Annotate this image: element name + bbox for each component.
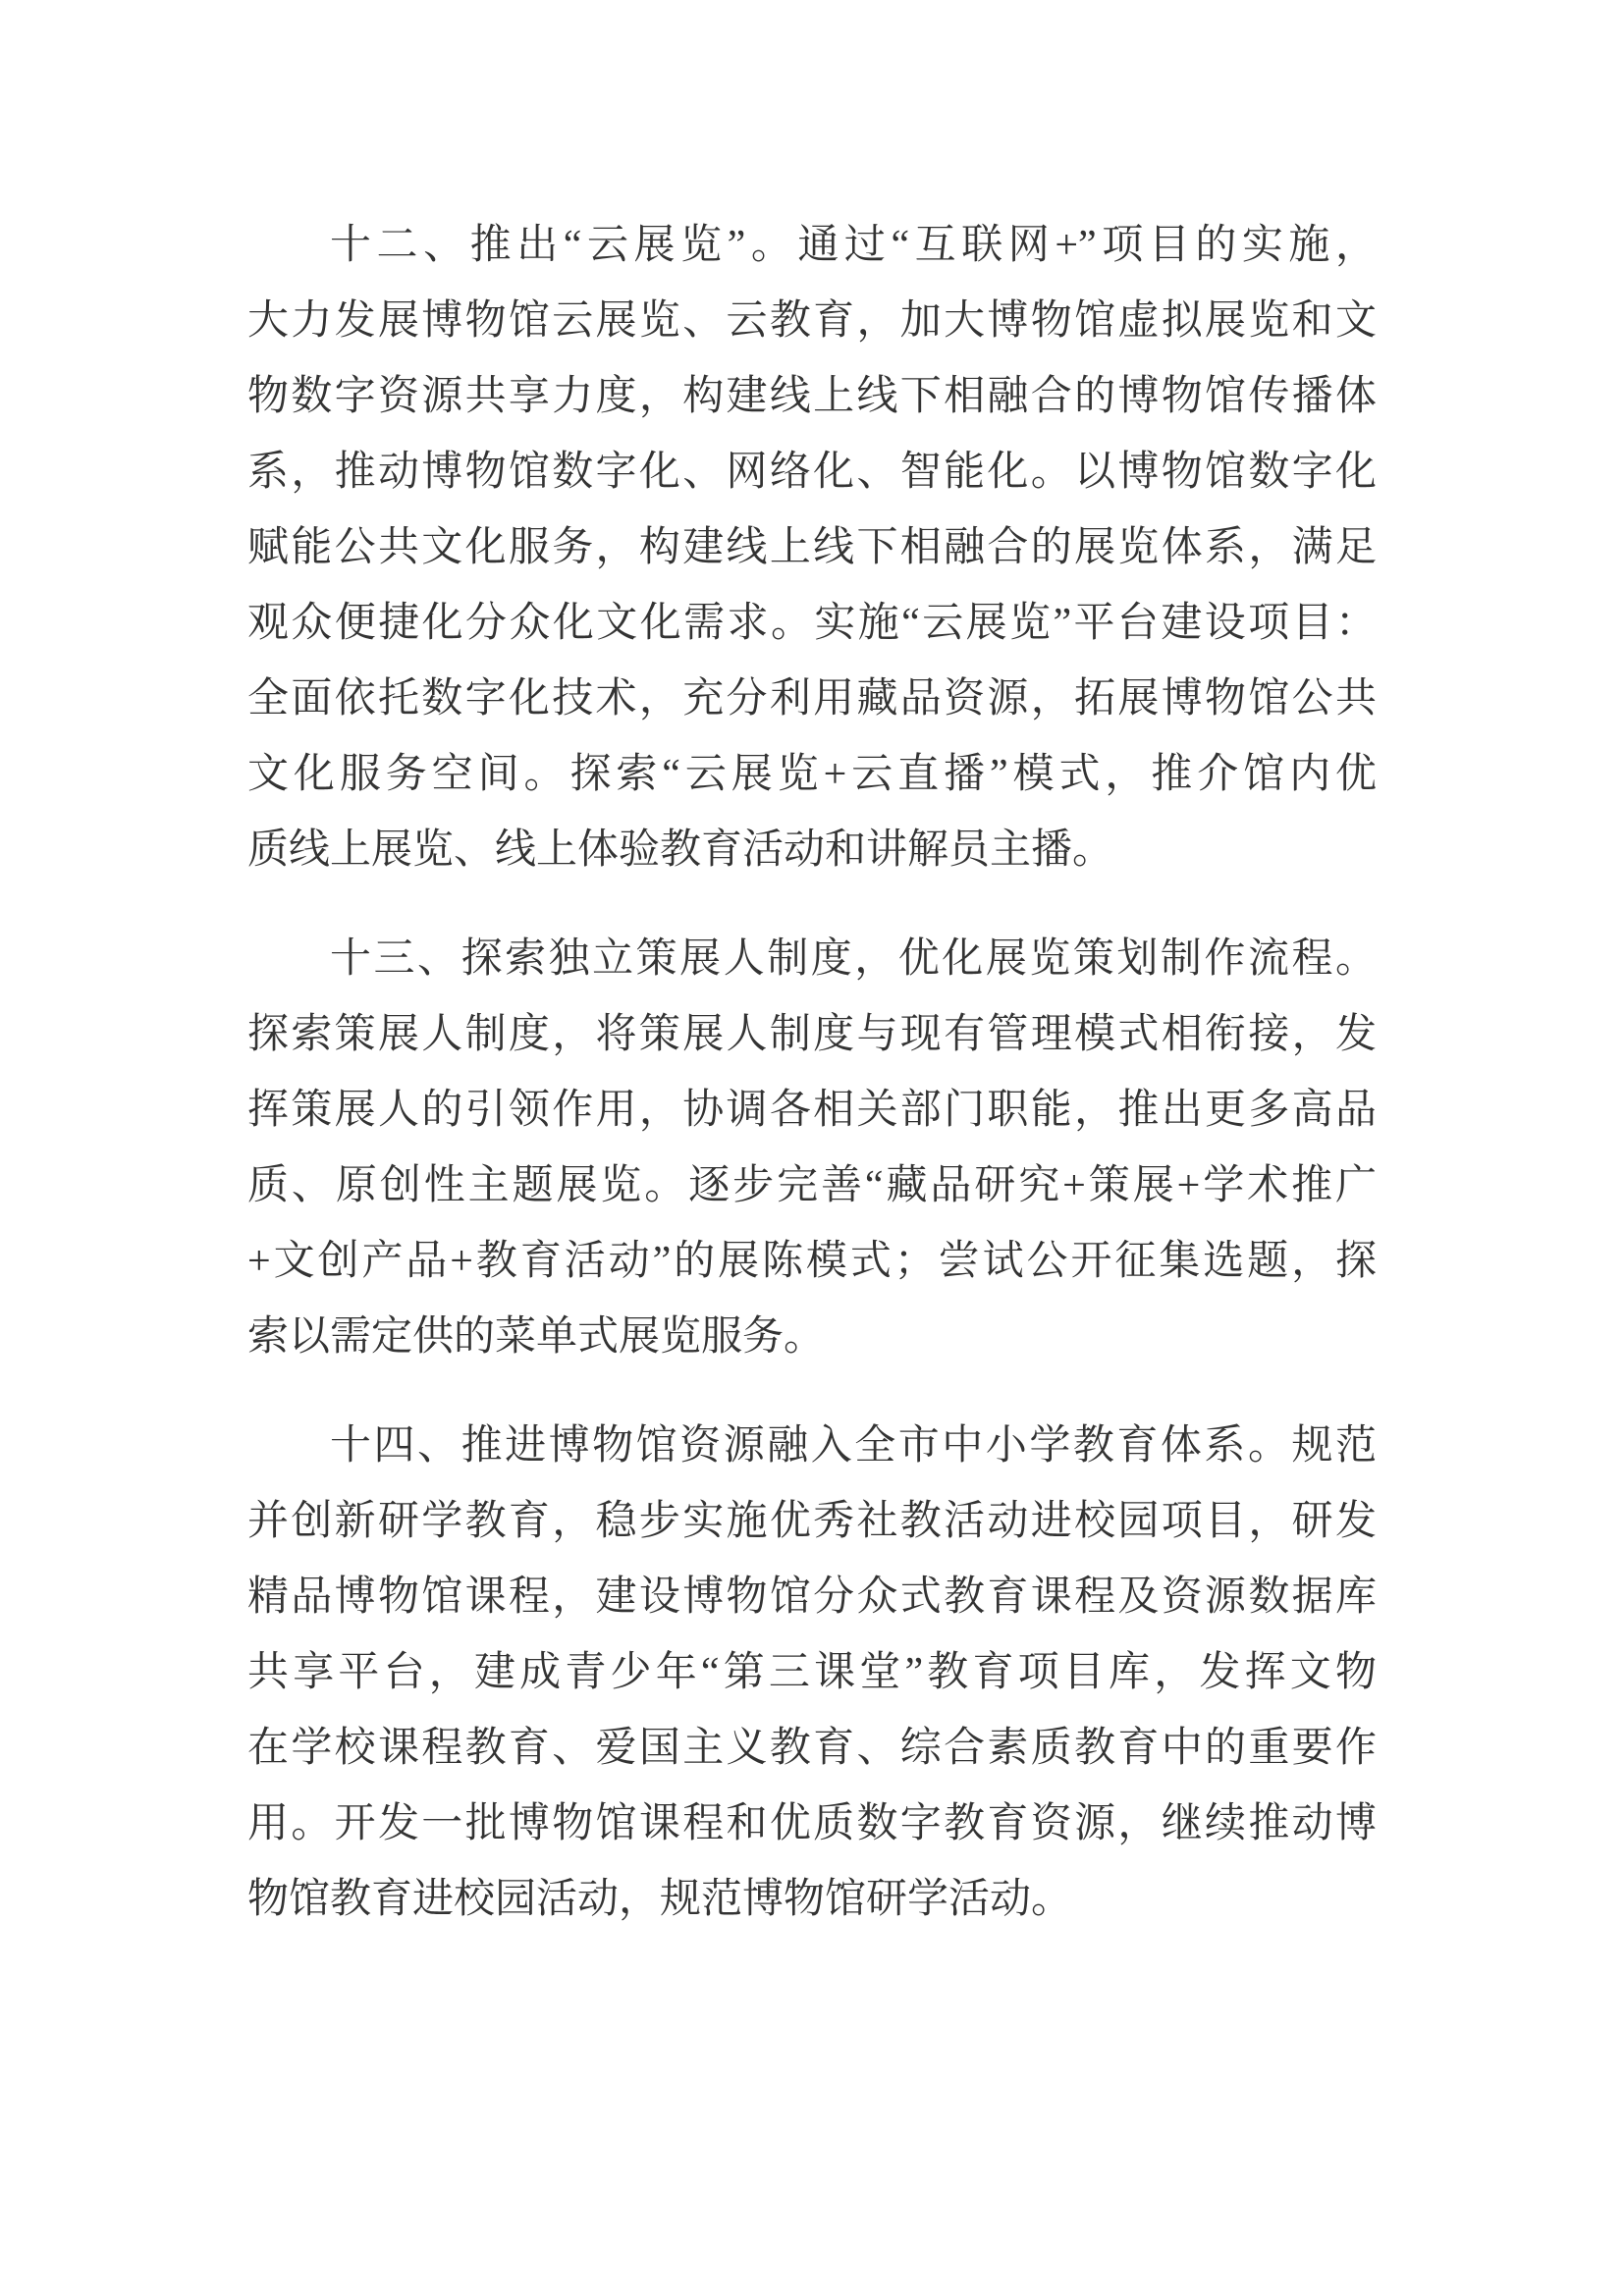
text-line: 并创新研学教育，稳步实施优秀社教活动进校园项目，研发 xyxy=(247,1484,1377,1560)
text-line: 全面依托数字化技术，充分利用藏品资源，拓展博物馆公共 xyxy=(247,662,1377,737)
text-line: 观众便捷化分众化文化需求。实施“云展览”平台建设项目： xyxy=(247,586,1377,662)
text-line: 十四、推进博物馆资源融入全市中小学教育体系。规范 xyxy=(247,1409,1377,1484)
document-body: 十二、推出“云展览”。通过“互联网+”项目的实施，大力发展博物馆云展览、云教育，… xyxy=(247,208,1377,1938)
text-line: 质、原创性主题展览。逐步完善“藏品研究+策展+学术推广 xyxy=(247,1148,1377,1224)
text-line: 系，推动博物馆数字化、网络化、智能化。以博物馆数字化 xyxy=(247,435,1377,510)
text-line: 用。开发一批博物馆课程和优质数字教育资源，继续推动博 xyxy=(247,1787,1377,1862)
text-line: 文化服务空间。探索“云展览+云直播”模式，推介馆内优 xyxy=(247,737,1377,813)
document-page: 十二、推出“云展览”。通过“互联网+”项目的实施，大力发展博物馆云展览、云教育，… xyxy=(0,0,1624,2296)
text-line: 精品博物馆课程，建设博物馆分众式教育课程及资源数据库 xyxy=(247,1560,1377,1635)
text-line: 索以需定供的菜单式展览服务。 xyxy=(247,1300,1377,1375)
paragraph-item-14: 十四、推进博物馆资源融入全市中小学教育体系。规范并创新研学教育，稳步实施优秀社教… xyxy=(247,1409,1377,1938)
text-line: 共享平台，建成青少年“第三课堂”教育项目库，发挥文物 xyxy=(247,1635,1377,1711)
text-line: 赋能公共文化服务，构建线上线下相融合的展览体系，满足 xyxy=(247,510,1377,586)
text-line: 挥策展人的引领作用，协调各相关部门职能，推出更多高品 xyxy=(247,1073,1377,1148)
text-line: 十二、推出“云展览”。通过“互联网+”项目的实施， xyxy=(247,208,1377,284)
text-line: 在学校课程教育、爱国主义教育、综合素质教育中的重要作 xyxy=(247,1711,1377,1787)
text-line: 大力发展博物馆云展览、云教育，加大博物馆虚拟展览和文 xyxy=(247,284,1377,359)
text-line: 质线上展览、线上体验教育活动和讲解员主播。 xyxy=(247,813,1377,888)
text-line: 十三、探索独立策展人制度，优化展览策划制作流程。 xyxy=(247,922,1377,997)
text-line: 物馆教育进校园活动，规范博物馆研学活动。 xyxy=(247,1862,1377,1938)
text-line: 物数字资源共享力度，构建线上线下相融合的博物馆传播体 xyxy=(247,359,1377,435)
paragraph-item-13: 十三、探索独立策展人制度，优化展览策划制作流程。探索策展人制度，将策展人制度与现… xyxy=(247,922,1377,1375)
paragraph-item-12: 十二、推出“云展览”。通过“互联网+”项目的实施，大力发展博物馆云展览、云教育，… xyxy=(247,208,1377,888)
text-line: 探索策展人制度，将策展人制度与现有管理模式相衔接，发 xyxy=(247,997,1377,1073)
text-line: +文创产品+教育活动”的展陈模式；尝试公开征集选题，探 xyxy=(247,1224,1377,1300)
